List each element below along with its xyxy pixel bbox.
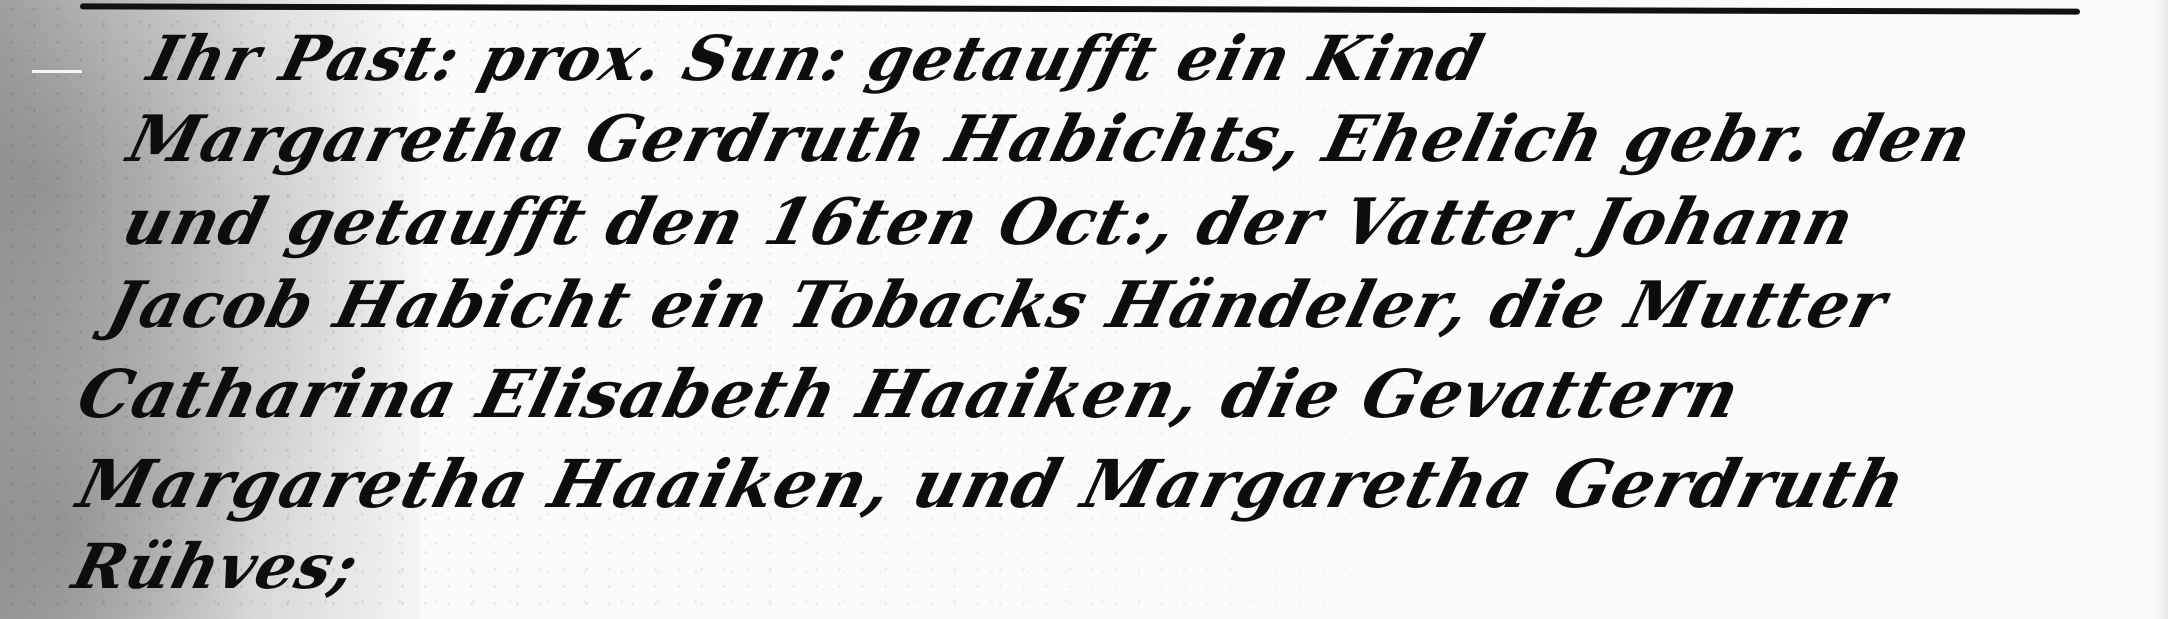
handwritten-line-1: Ihr Past: prox. Sun: getaufft ein Kind bbox=[141, 22, 1491, 95]
handwritten-line-2: Margaretha Gerdruth Habichts, Ehelich ge… bbox=[121, 102, 1979, 177]
handwritten-line-6: Margaretha Haaiken, und Margaretha Gerdr… bbox=[70, 445, 1914, 523]
handwritten-line-3: und getaufft den 16ten Oct:, der Vatter … bbox=[116, 185, 1862, 260]
handwritten-entry: Ihr Past: prox. Sun: getaufft ein Kind M… bbox=[0, 0, 2168, 619]
handwritten-line-4: Jacob Habicht ein Tobacks Händeler, die … bbox=[101, 268, 1895, 343]
document-scan: Ihr Past: prox. Sun: getaufft ein Kind M… bbox=[0, 0, 2168, 619]
handwritten-line-5: Catharina Elisabeth Haaiken, die Gevatte… bbox=[70, 355, 1748, 433]
handwritten-line-7: Rühves; bbox=[66, 530, 366, 603]
